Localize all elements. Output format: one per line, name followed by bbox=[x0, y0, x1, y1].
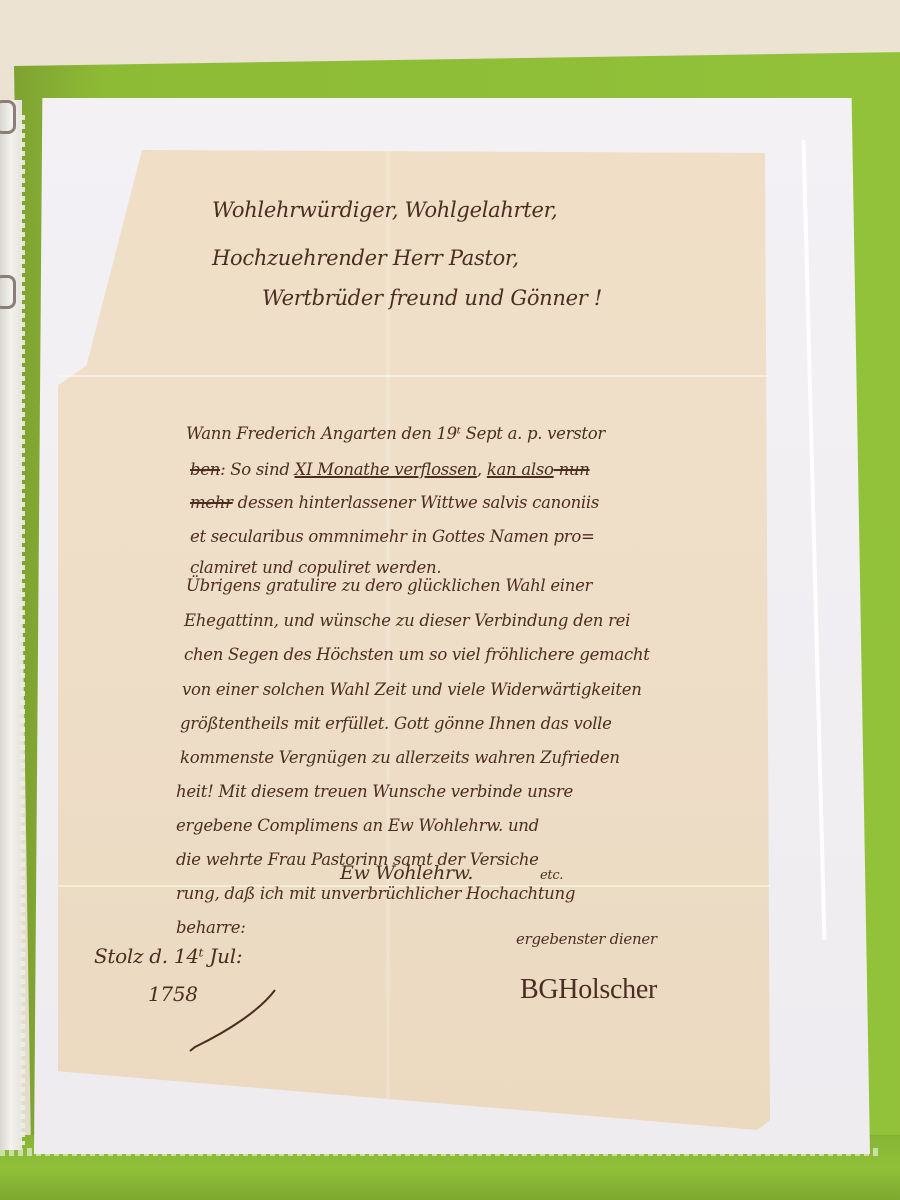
valediction: ergebenster diener bbox=[516, 930, 657, 948]
struck-text: mehr bbox=[190, 493, 233, 512]
underlined-text: kan also bbox=[487, 460, 554, 479]
body-line: chen Segen des Höchsten um so viel fröhl… bbox=[184, 645, 650, 664]
binder-spine bbox=[0, 100, 22, 1150]
body-line: ben: So sind XI Monathe verflossen, kan … bbox=[190, 460, 590, 479]
binder-stitching-left bbox=[20, 115, 25, 1145]
body-line: ergebene Complimens an Ew Wohlehrw. und bbox=[176, 816, 539, 835]
body-line: von einer solchen Wahl Zeit und viele Wi… bbox=[182, 680, 642, 699]
signature: BGHolscher bbox=[520, 974, 657, 1006]
body-text: : So sind bbox=[220, 460, 294, 479]
body-line: mehr dessen hinterlassener Wittwe salvis… bbox=[190, 493, 599, 512]
struck-text: nun bbox=[554, 460, 590, 479]
struck-text: ben bbox=[190, 460, 220, 479]
underlined-text: XI Monathe verflossen bbox=[295, 460, 477, 479]
body-line: größtentheils mit erfüllet. Gott gönne I… bbox=[180, 714, 612, 733]
binder-ring-icon bbox=[0, 275, 16, 309]
body-line: Ehegattinn, und wünsche zu dieser Verbin… bbox=[184, 611, 630, 630]
body-line: Wann Frederich Angarten den 19ᵗ Sept a. … bbox=[186, 424, 605, 443]
closing-suffix: etc. bbox=[540, 868, 563, 883]
body-line: rung, daß ich mit unverbrüchlicher Hocha… bbox=[176, 884, 575, 903]
body-line: Übrigens gratulire zu dero glücklichen W… bbox=[186, 576, 592, 595]
body-line: kommenste Vergnügen zu allerzeits wahren… bbox=[180, 748, 620, 767]
body-line: clamiret und copuliret werden. bbox=[190, 558, 441, 577]
body-line: heit! Mit diesem treuen Wunsche verbinde… bbox=[176, 782, 573, 801]
body-line: beharre: bbox=[176, 918, 246, 937]
paper-fold-line bbox=[58, 375, 770, 377]
flourish-stroke-icon bbox=[180, 985, 290, 1055]
binder-ring-icon bbox=[0, 100, 16, 134]
body-line: et secularibus ommnimehr in Gottes Namen… bbox=[190, 527, 595, 546]
closing-address: Ew Wohlehrw. bbox=[340, 862, 473, 884]
body-text: dessen hinterlassener Wittwe salvis cano… bbox=[233, 493, 599, 512]
body-text: , bbox=[477, 460, 487, 479]
salutation-line-3: Wertbrüder freund und Gönner ! bbox=[262, 286, 602, 310]
place-date-line-1: Stolz d. 14ᵗ Jul: bbox=[94, 944, 242, 968]
salutation-line-1: Wohlehrwürdiger, Wohlgelahrter, bbox=[212, 198, 557, 222]
salutation-line-2: Hochzuehrender Herr Pastor, bbox=[212, 246, 519, 270]
